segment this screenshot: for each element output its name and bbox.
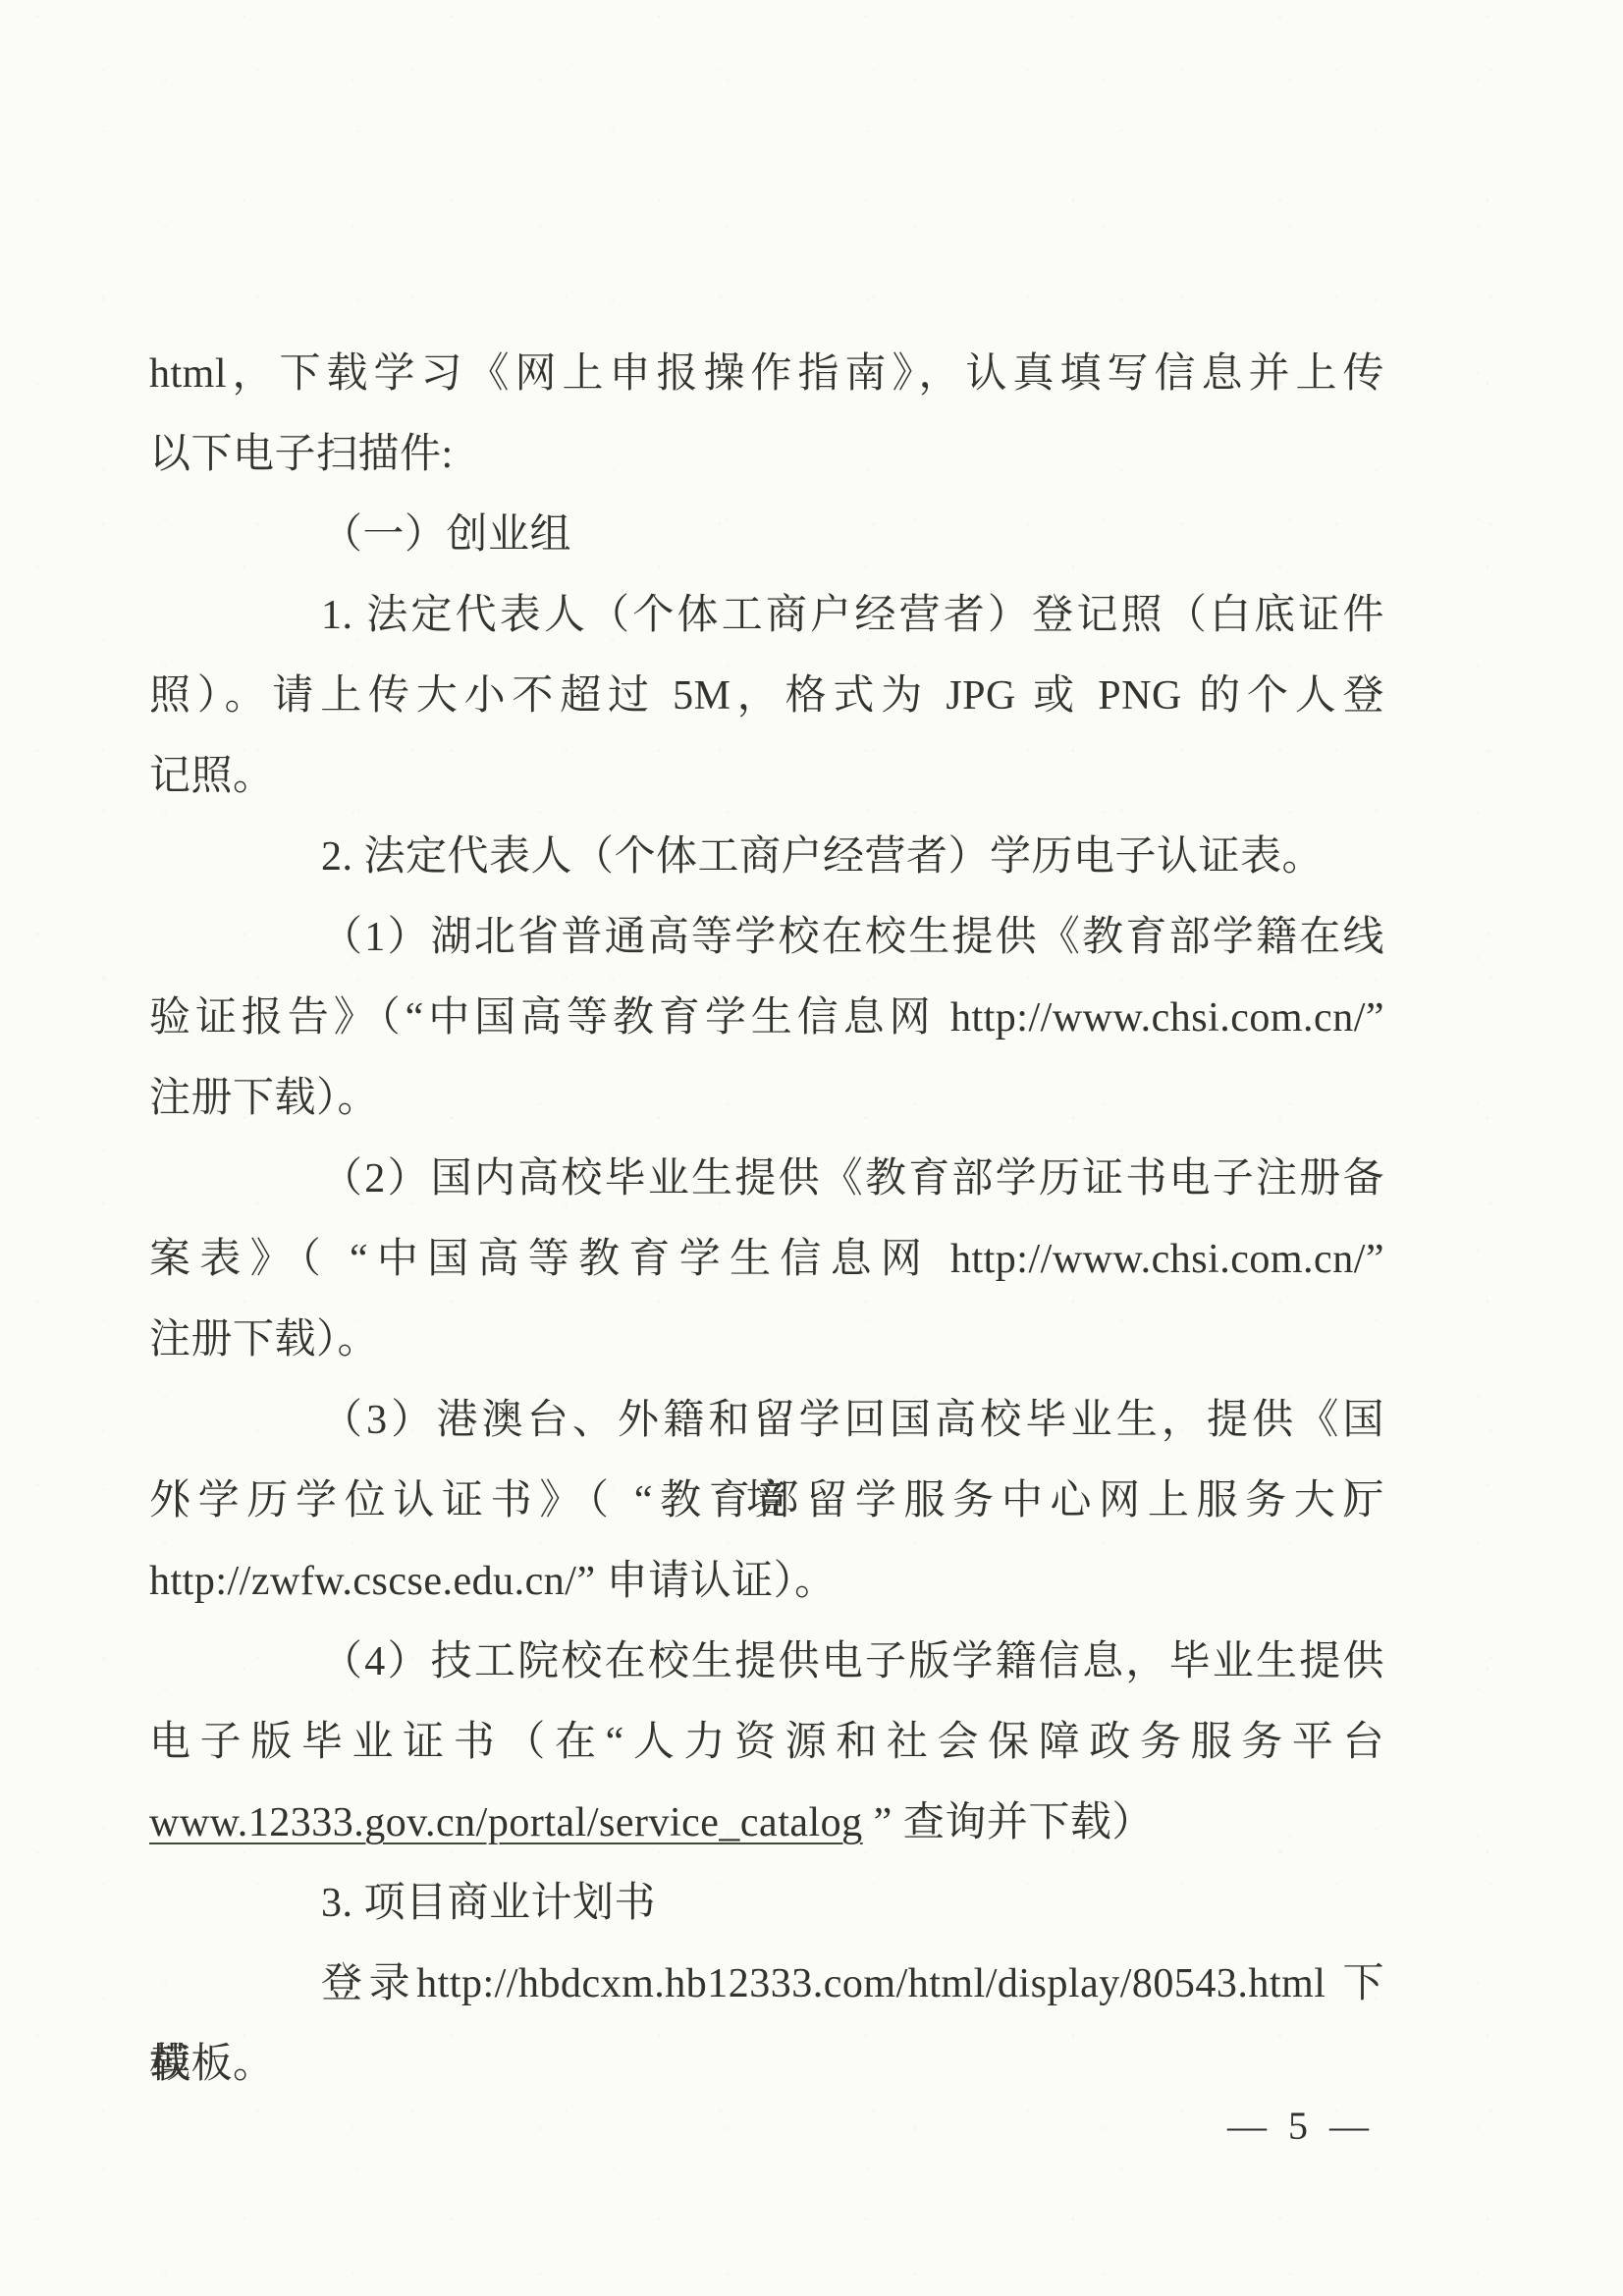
text-line: 电子版毕业证书（在“人力资源和社会保障政务服务平台	[149, 1702, 1384, 1783]
section-heading: （一）创业组	[149, 495, 1384, 575]
text-line: 3. 项目商业计划书	[149, 1863, 1384, 1944]
text-line: 验证报告》（“中国高等教育学生信息网 http://www.chsi.com.c…	[149, 978, 1384, 1058]
text-line: 以下电子扫描件:	[149, 414, 1384, 495]
text-line: （3）港澳台、外籍和留学回国高校毕业生，提供《国（境）	[149, 1380, 1384, 1461]
text-line: （2）国内高校毕业生提供《教育部学历证书电子注册备	[149, 1139, 1384, 1219]
page-number: — 5 —	[1227, 2097, 1375, 2156]
text-line: 外学历学位认证书》（ “教育部留学服务中心网上服务大厅	[149, 1461, 1384, 1541]
text-line: http://zwfw.cscse.edu.cn/” 申请认证）。	[149, 1541, 1384, 1622]
text-line: 登录http://hbdcxm.hb12333.com/html/display…	[149, 1944, 1384, 2024]
text-line: （4）技工院校在校生提供电子版学籍信息，毕业生提供	[149, 1622, 1384, 1702]
text-line: 注册下载）。	[149, 1300, 1384, 1380]
text-line: html，下载学习《网上申报操作指南》，认真填写信息并上传	[149, 334, 1384, 414]
url-text: www.12333.gov.cn/portal/service_catalog	[149, 1800, 863, 1845]
text-line: 案表》（ “中国高等教育学生信息网 http://www.chsi.com.cn…	[149, 1219, 1384, 1300]
text-line: 2. 法定代表人（个体工商户经营者）学历电子认证表。	[149, 817, 1384, 897]
document-page: html，下载学习《网上申报操作指南》，认真填写信息并上传 以下电子扫描件: （…	[149, 334, 1384, 2105]
text-line: 照）。请上传大小不超过 5M，格式为 JPG 或 PNG 的个人登	[149, 656, 1384, 736]
text-line: （1）湖北省普通高等学校在校生提供《教育部学籍在线	[149, 897, 1384, 978]
text-line: 记照。	[149, 736, 1384, 817]
text-line: ” 查询并下载）	[863, 1800, 1154, 1845]
text-line: 模板。	[149, 2024, 1384, 2105]
text-line: 1. 法定代表人（个体工商户经营者）登记照（白底证件	[149, 575, 1384, 656]
text-line: 注册下载）。	[149, 1058, 1384, 1139]
text-line: www.12333.gov.cn/portal/service_catalog …	[149, 1783, 1384, 1863]
